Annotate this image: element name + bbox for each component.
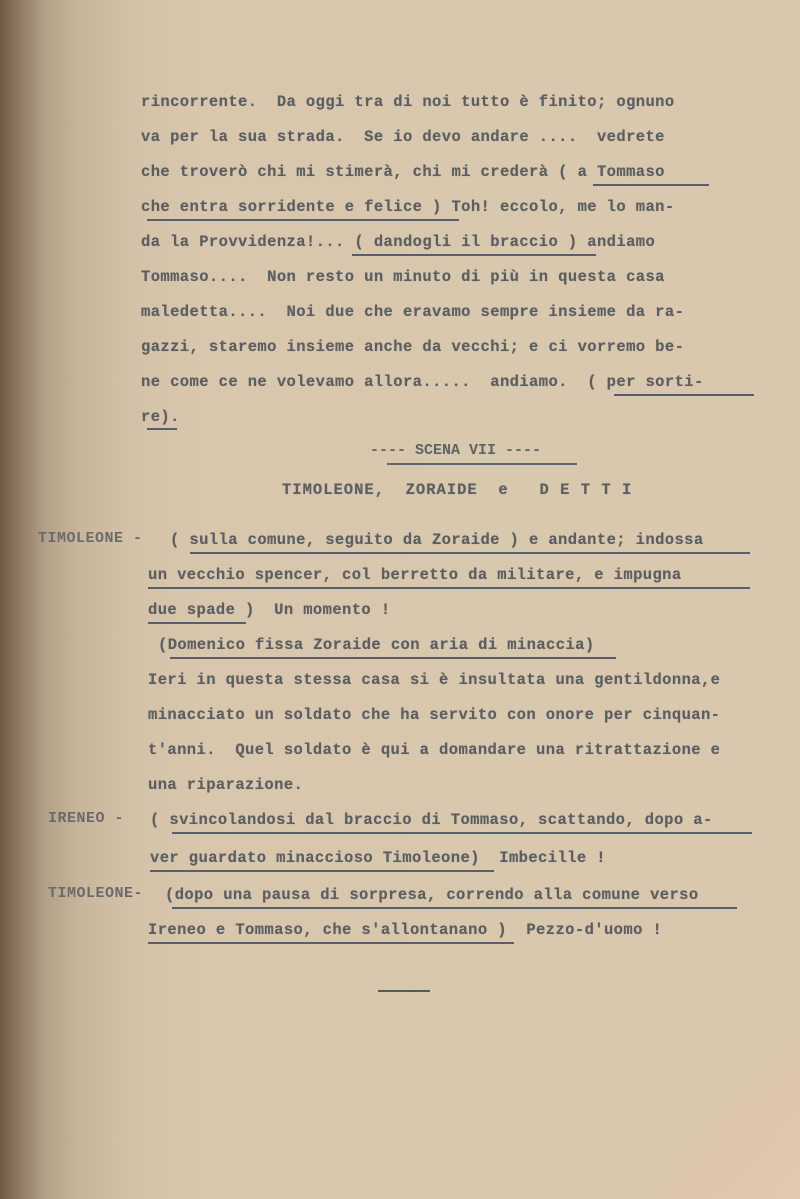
text-line: che troverò chi mi stimerà, chi mi crede… [141, 162, 665, 182]
underline [170, 657, 616, 659]
text-line: da la Provvidenza!... ( dandogli il brac… [141, 232, 655, 252]
stage-direction-line: ( sulla comune, seguito da Zoraide ) e a… [170, 530, 704, 550]
stage-direction-line: due spade ) Un momento ! [148, 600, 391, 620]
text-line: Tommaso.... Non resto un minuto di più i… [141, 267, 665, 287]
underline [172, 832, 752, 834]
stage-direction-line: ver guardato minaccioso Timoleone) Imbec… [150, 848, 606, 868]
scene-heading: ---- SCENA VII ---- [370, 442, 541, 459]
text-line: va per la sua strada. Se io devo andare … [141, 127, 665, 147]
text-line: rincorrente. Da oggi tra di noi tutto è … [141, 92, 675, 112]
stage-direction-line: ( svincolandosi dal braccio di Tommaso, … [150, 810, 713, 830]
underline [190, 552, 750, 554]
end-of-page-rule [378, 990, 430, 992]
text-line: che entra sorridente e felice ) Toh! ecc… [141, 197, 675, 217]
text-line: re). [141, 407, 180, 427]
underline [148, 587, 750, 589]
underline [148, 622, 246, 624]
text-line: maledetta.... Noi due che eravamo sempre… [141, 302, 684, 322]
underline [593, 184, 709, 186]
stage-direction-line: un vecchio spencer, col berretto da mili… [148, 565, 682, 585]
underline [150, 870, 494, 872]
stage-direction-line: Ireneo e Tommaso, che s'allontanano ) Pe… [148, 920, 662, 940]
dialogue-line: minacciato un soldato che ha servito con… [148, 705, 720, 725]
text-line: gazzi, staremo insieme anche da vecchi; … [141, 337, 684, 357]
underline [172, 907, 737, 909]
underline [614, 394, 754, 396]
dialogue-line: una riparazione. [148, 775, 303, 795]
underline [148, 942, 514, 944]
dialogue-line: Ieri in questa stessa casa si è insultat… [148, 670, 720, 690]
stage-direction-line: (dopo una pausa di sorpresa, correndo al… [165, 885, 699, 905]
speaker-label: IRENEO - [48, 810, 124, 827]
speaker-label: TIMOLEONE - [38, 530, 143, 547]
underline [147, 428, 177, 430]
underline [147, 219, 459, 221]
text-line: ne come ce ne volevamo allora..... andia… [141, 372, 704, 392]
stage-direction-line: (Domenico fissa Zoraide con aria di mina… [158, 635, 595, 655]
speaker-label: TIMOLEONE- [48, 885, 143, 902]
scene-heading-underline [387, 463, 577, 465]
scene-characters: TIMOLEONE, ZORAIDE e D E T T I [282, 480, 632, 500]
underline [352, 254, 596, 256]
typewritten-page: rincorrente. Da oggi tra di noi tutto è … [0, 0, 800, 1199]
dialogue-line: t'anni. Quel soldato è qui a domandare u… [148, 740, 720, 760]
